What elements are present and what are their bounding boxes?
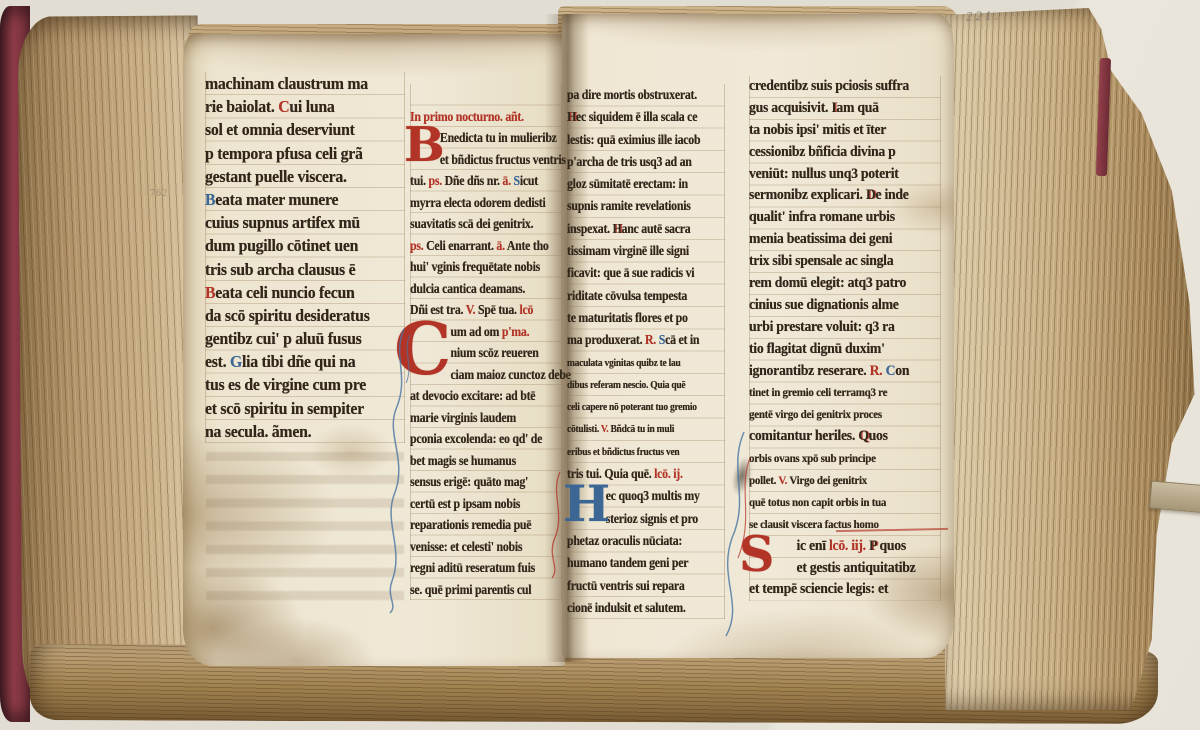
text-line: ta nobis ipsi' mitis et īter xyxy=(749,120,931,142)
body-text: H xyxy=(613,221,622,236)
body-text: phetaz oraculis nūciata: xyxy=(567,533,682,548)
body-text: p'archa de tris usq3 ad an xyxy=(567,154,692,169)
body-text: veniūt: nullus unq3 poterit xyxy=(749,166,899,182)
body-text: te maturitatis flores et po xyxy=(567,310,688,325)
page-edges-left xyxy=(18,15,203,716)
body-text: gloz sūmitatē erectam: in xyxy=(567,176,688,191)
text-line: Beata celi nuncio fecun xyxy=(205,281,397,304)
blue-initial-text: G xyxy=(230,352,242,371)
body-text: celi capere nō poterant tuo gremio xyxy=(567,401,697,413)
text-column-left-1: machinam claustrum marie baiolat. Cui lu… xyxy=(205,72,405,443)
text-line: tissimam virginē ille signi xyxy=(567,240,706,262)
faded-erased-text xyxy=(206,452,404,610)
text-line: dulcia cantica deamans. xyxy=(410,278,544,300)
body-text: sterioz signis et pro xyxy=(606,511,698,526)
text-line: cionē indulsit et salutem. xyxy=(567,597,706,619)
text-line: phetaz oraculis nūciata: xyxy=(567,530,706,552)
body-text: et scō spiritu in sempiter xyxy=(205,399,364,418)
pen-flourish-blue-left xyxy=(384,325,418,615)
text-line: gus acquisivit. Iam quā xyxy=(749,98,931,120)
body-text: credentibz suis pciosis suffra xyxy=(749,78,909,94)
rubric-text: ps. xyxy=(428,173,444,188)
text-line: cuius supnus artifex mū xyxy=(205,211,397,234)
body-text: um ad om xyxy=(450,324,501,339)
text-line: reparationis remedia puē xyxy=(410,514,544,536)
rubric-text: lcō. ij. xyxy=(654,466,683,481)
body-text: gestant puelle viscera. xyxy=(205,167,347,186)
text-line: sensus erigē: quāto mag' xyxy=(410,471,544,493)
text-line: marie virginis laudem xyxy=(410,407,544,429)
text-line: myrra electa odorem dedisti xyxy=(410,192,544,214)
body-text: na secula. ãmen. xyxy=(205,422,311,441)
text-line: dum pugillo cōtinet uen xyxy=(205,234,397,257)
body-text: quē totus non capit orbis in tua xyxy=(749,496,886,509)
body-text: rem domū elegit: atq3 patro xyxy=(749,275,906,291)
text-line: pa dire mortis obstruxerat. xyxy=(567,84,706,106)
body-text: cā et in xyxy=(665,332,699,347)
rubric-text: ā. xyxy=(496,238,506,253)
body-text: cuius supnus artifex mū xyxy=(205,213,360,232)
body-text: tio flagitat dignū duxim' xyxy=(749,341,885,357)
body-text: on xyxy=(895,363,909,379)
rubric-text: B xyxy=(205,283,215,302)
text-line: menia beatissima dei geni xyxy=(749,229,931,251)
body-text: D xyxy=(866,187,876,203)
body-text: est. xyxy=(205,352,230,371)
text-line: humano tandem geni per xyxy=(567,552,706,574)
text-line: cessionibz bñficia divina p xyxy=(749,142,931,164)
body-text: p tempora pfusa celi grã xyxy=(205,144,363,163)
text-line: machinam claustrum ma xyxy=(205,72,397,95)
body-text: anc autē sacra xyxy=(622,221,691,236)
body-text: hui' vginis frequētate nobis xyxy=(410,259,540,274)
body-text: nium scōz reueren xyxy=(450,345,538,360)
body-text: ma produxerat. xyxy=(567,332,645,347)
body-text: sensus erigē: quāto mag' xyxy=(410,474,528,489)
body-text: pconia excolenda: eo qd' de xyxy=(410,431,542,446)
body-text: ec quoq3 multis my xyxy=(606,488,700,503)
rubric-text: ps. xyxy=(410,238,426,253)
body-text: tus es de virgine cum pre xyxy=(205,375,366,394)
text-line: ficavit: que ā sue radicis vi xyxy=(567,262,706,284)
text-line: na secula. ãmen. xyxy=(205,420,397,443)
text-line: tinet in gremio celi terramq3 re xyxy=(749,382,931,404)
text-line: da scō spiritu desideratus xyxy=(205,304,397,327)
blue-initial-text: C xyxy=(886,363,896,379)
rubric-text: V. xyxy=(601,423,611,435)
text-line: cinius sue dignationis alme xyxy=(749,295,931,317)
text-line: lestis: quā eximius ille iacob xyxy=(567,129,706,151)
margin-note: 762 xyxy=(150,188,168,199)
body-text: Q xyxy=(858,428,868,444)
body-text: dibus referam nescio. Quia quē xyxy=(567,379,685,391)
text-line: p tempora pfusa celi grã xyxy=(205,142,397,165)
text-line: Beata mater munere xyxy=(205,188,397,211)
rubric-text: p'ma. xyxy=(502,324,529,339)
text-line: p'archa de tris usq3 ad an xyxy=(567,151,706,173)
body-text: Enedicta tu in mulieribz xyxy=(440,130,557,145)
body-text: Dñe dñs nr. xyxy=(445,173,503,188)
text-line: cōtulisti. V. Bñdcā tu in muli xyxy=(567,418,706,440)
body-text: menia beatissima dei geni xyxy=(749,231,892,247)
body-text: machinam claustrum ma xyxy=(205,74,368,93)
text-line: regni aditū reseratum fuis xyxy=(410,557,544,579)
text-line: se. quē primi parentis cul xyxy=(410,579,544,601)
body-text: uos xyxy=(869,428,888,444)
body-text: Virgo dei genitrix xyxy=(789,474,867,487)
text-line: certū est p ipsam nobis xyxy=(410,493,544,515)
rubric-text: R. xyxy=(645,332,659,347)
text-column-right-1: pa dire mortis obstruxerat.Hec siquidem … xyxy=(567,84,725,619)
text-line: trix sibi spensale ac singla xyxy=(749,251,931,273)
text-line: tio flagitat dignū duxim' xyxy=(749,339,931,361)
text-line: veniūt: nullus unq3 poterit xyxy=(749,164,931,186)
text-line: supnis ramite revelationis xyxy=(567,195,706,217)
text-line: tui. ps. Dñe dñs nr. ā. Sicut xyxy=(410,170,544,192)
decorated-initial-B: B xyxy=(404,124,444,167)
folio-number: 221. xyxy=(966,7,1001,24)
body-text: eata mater munere xyxy=(215,190,338,209)
text-line: sermonibz explicari. De inde xyxy=(749,185,931,207)
text-line: suavitatis scā dei genitrix. xyxy=(410,213,544,235)
body-text: eata celi nuncio fecun xyxy=(215,283,354,302)
body-text: ficavit: que ā sue radicis vi xyxy=(567,265,694,280)
body-text: tinet in gremio celi terramq3 re xyxy=(749,386,887,399)
text-line: orbis ovans xpō sub principe xyxy=(749,448,931,470)
rubric-text: V. xyxy=(466,302,478,317)
body-text: ciam maioz cunctoz debe xyxy=(450,367,570,382)
text-line: qualit' infra romane urbis xyxy=(749,207,931,229)
manuscript-book-photo: machinam claustrum marie baiolat. Cui lu… xyxy=(0,0,1200,730)
body-text: dulcia cantica deamans. xyxy=(410,281,525,296)
body-text: da scō spiritu desideratus xyxy=(205,306,370,325)
body-text: ta nobis ipsi' mitis et īter xyxy=(749,122,886,138)
text-line: et scō spiritu in sempiter xyxy=(205,397,397,420)
body-text: cinius sue dignationis alme xyxy=(749,297,899,313)
body-text: gentē virgo dei genitrix proces xyxy=(749,408,882,421)
body-text: fructū ventris sui repara xyxy=(567,578,685,593)
body-text: humano tandem geni per xyxy=(567,555,688,570)
text-line: rem domū elegit: atq3 patro xyxy=(749,273,931,295)
text-column-left-2: In primo nocturno. añt.Enedicta tu in mu… xyxy=(410,84,562,600)
body-text: am quā xyxy=(836,100,878,116)
text-line: rie baiolat. Cui luna xyxy=(205,95,397,118)
pen-flourish-blue-center xyxy=(714,428,756,640)
text-line: gentē virgo dei genitrix proces xyxy=(749,404,931,426)
text-line: gloz sūmitatē erectam: in xyxy=(567,173,706,195)
text-line: quē totus non capit orbis in tua xyxy=(749,492,931,514)
body-text: gus acquisivit. xyxy=(749,100,831,116)
text-line: tus es de virgine cum pre xyxy=(205,373,397,396)
text-line: venisse: et celesti' nobis xyxy=(410,536,544,558)
rubric-text: C xyxy=(278,97,289,116)
body-text: Ante tho xyxy=(507,238,549,253)
body-text: trix sibi spensale ac singla xyxy=(749,253,893,269)
text-line: ma produxerat. R. Scā et in xyxy=(567,329,706,351)
body-text: suavitatis scā dei genitrix. xyxy=(410,216,533,231)
body-text: regni aditū reseratum fuis xyxy=(410,560,535,575)
body-text: ui luna xyxy=(289,97,334,116)
body-text: icut xyxy=(520,173,538,188)
text-line: pconia excolenda: eo qd' de xyxy=(410,428,544,450)
body-text: reparationis remedia puē xyxy=(410,517,531,532)
body-text: marie virginis laudem xyxy=(410,410,516,425)
body-text: Celi enarrant. xyxy=(426,238,496,253)
rubric-text: lcō xyxy=(519,302,533,317)
pen-flourish-red xyxy=(548,470,570,580)
text-column-right-2: credentibz suis pciosis suffragus acquis… xyxy=(749,76,941,601)
body-text: sol et omnia deserviunt xyxy=(205,120,355,139)
body-text: venisse: et celesti' nobis xyxy=(410,539,522,554)
body-text: supnis ramite revelationis xyxy=(567,198,691,213)
body-text: cessionibz bñficia divina p xyxy=(749,144,896,160)
text-line: tris sub archa clausus ē xyxy=(205,258,397,281)
body-text: bet magis se humanus xyxy=(410,453,516,468)
text-line: hui' vginis frequētate nobis xyxy=(410,256,544,278)
text-line: eribus et bñdictus fructus ven xyxy=(567,441,706,463)
text-line: ignorantibz reserare. R. Con xyxy=(749,361,931,383)
body-text: cōtulisti. xyxy=(567,423,601,435)
text-line: et tempē sciencie legis: et xyxy=(749,579,931,601)
text-line: celi capere nō poterant tuo gremio xyxy=(567,396,706,418)
text-line: comitantur heriles. Quos xyxy=(749,426,931,448)
body-text: rie baiolat. xyxy=(205,97,278,116)
body-text: ic enī xyxy=(797,538,829,554)
body-text: et bñdictus fructus ventris xyxy=(440,152,566,167)
body-text: tris sub archa clausus ē xyxy=(205,260,355,279)
rubric-text: V. xyxy=(778,474,789,487)
body-text: et gestis antiquitatibz xyxy=(797,560,916,576)
text-line: inspexat. Hanc autē sacra xyxy=(567,218,706,240)
body-text: myrra electa odorem dedisti xyxy=(410,195,546,210)
text-line: se clausit viscera factus homo xyxy=(749,514,931,536)
body-text: H xyxy=(567,109,576,124)
body-text: tui. xyxy=(410,173,428,188)
body-text: qualit' infra romane urbis xyxy=(749,209,895,225)
blue-initial-text: B xyxy=(205,190,215,209)
body-text: e inde xyxy=(875,187,908,203)
text-line: Hec siquidem ē illa scala ce xyxy=(567,106,706,128)
body-text: ignorantibz reserare. xyxy=(749,363,870,379)
body-text: inspexat. xyxy=(567,221,613,236)
text-line: ic enī lcō. iij. P quos xyxy=(749,536,931,558)
text-line: urbi prestare voluit: q3 ra xyxy=(749,317,931,339)
rubric-text: lcō. iij. xyxy=(829,538,869,554)
body-text: sermonibz explicari. xyxy=(749,187,866,203)
body-text: eribus et bñdictus fructus ven xyxy=(567,446,679,458)
body-text: pa dire mortis obstruxerat. xyxy=(567,87,697,102)
body-text: Spē tua. xyxy=(478,302,520,317)
body-text: lestis: quā eximius ille iacob xyxy=(567,132,700,147)
body-text: riditate cōvulsa tempesta xyxy=(567,288,687,303)
text-line: te maturitatis flores et po xyxy=(567,307,706,329)
text-line: bet magis se humanus xyxy=(410,450,544,472)
body-text: se. quē primi parentis cul xyxy=(410,582,531,597)
body-text: gentibz cui' p aluū fusus xyxy=(205,329,362,348)
body-text: et tempē sciencie legis: et xyxy=(749,581,888,597)
body-text: urbi prestare voluit: q3 ra xyxy=(749,319,895,335)
body-text: Bñdcā tu in muli xyxy=(610,423,674,435)
text-line: est. Glia tibi dñe qui na xyxy=(205,350,397,373)
text-line: credentibz suis pciosis suffra xyxy=(749,76,931,98)
text-line: sol et omnia deserviunt xyxy=(205,118,397,141)
text-line: fructū ventris sui repara xyxy=(567,575,706,597)
text-line: ps. Celi enarrant. ā. Ante tho xyxy=(410,235,544,257)
body-text: P xyxy=(869,538,876,554)
text-line: pollet. V. Virgo dei genitrix xyxy=(749,470,931,492)
text-line: gestant puelle viscera. xyxy=(205,165,397,188)
body-text: comitantur heriles. xyxy=(749,428,858,444)
text-line: et gestis antiquitatibz xyxy=(749,558,931,580)
body-text: cionē indulsit et salutem. xyxy=(567,600,686,615)
text-line: maculata vginitas quibz te lau xyxy=(567,352,706,374)
rubric-text: R. xyxy=(870,363,886,379)
body-text: certū est p ipsam nobis xyxy=(410,496,520,511)
body-text: quos xyxy=(876,538,906,554)
text-line: gentibz cui' p aluū fusus xyxy=(205,327,397,350)
text-line xyxy=(410,84,544,106)
body-text: ec siquidem ē illa scala ce xyxy=(576,109,697,124)
text-line: dibus referam nescio. Quia quē xyxy=(567,374,706,396)
body-text: maculata vginitas quibz te lau xyxy=(567,357,681,369)
bookmark-tab xyxy=(1149,480,1200,513)
body-text: dum pugillo cōtinet uen xyxy=(205,236,358,255)
body-text: lia tibi dñe qui na xyxy=(242,352,355,371)
body-text: orbis ovans xpō sub principe xyxy=(749,452,876,465)
text-line: riditate cōvulsa tempesta xyxy=(567,285,706,307)
decorated-initial-H: H xyxy=(563,482,610,527)
rubric-text: ā. xyxy=(502,173,513,188)
body-text: tissimam virginē ille signi xyxy=(567,243,689,258)
